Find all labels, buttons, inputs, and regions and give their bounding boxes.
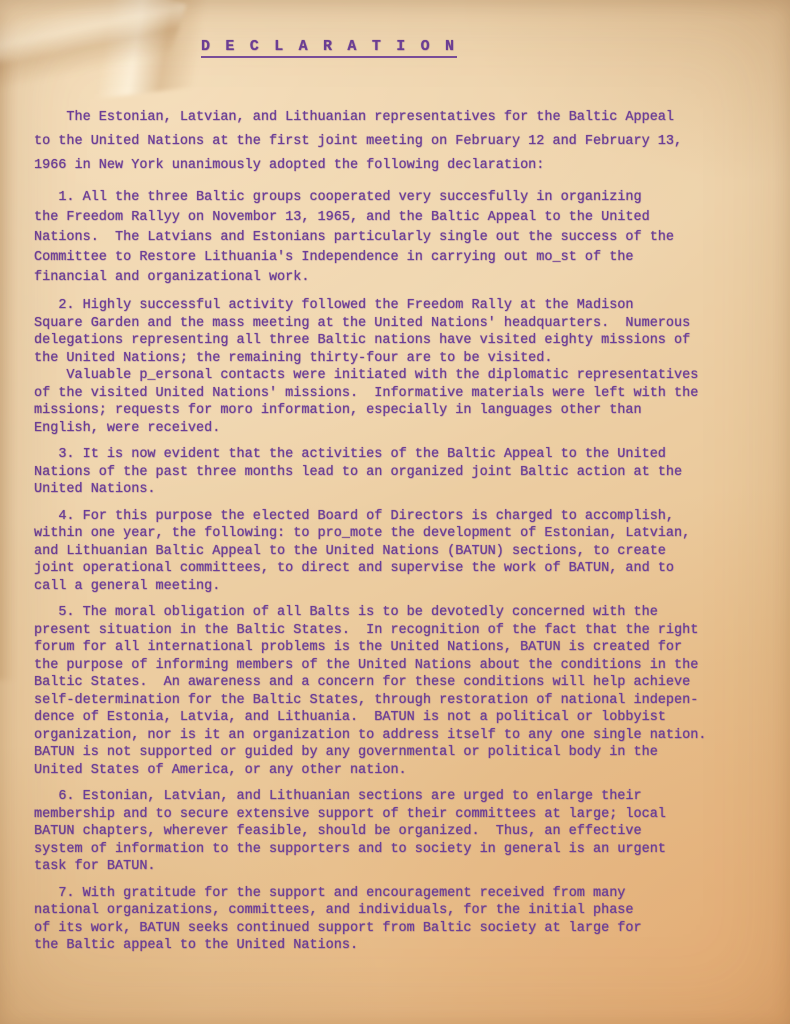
paragraph-3: 3. It is now evident that the activities… <box>34 446 766 499</box>
paragraph-7: 7. With gratitude for the support and en… <box>34 885 766 955</box>
intro-paragraph: The Estonian, Latvian, and Lithuanian re… <box>34 106 766 178</box>
paper-crease <box>0 60 18 680</box>
scanned-document-page: D E C L A R A T I O N The Estonian, Latv… <box>0 0 790 1024</box>
paragraph-4: 4. For this purpose the elected Board of… <box>34 508 766 596</box>
paragraph-2: 2. Highly successful activity followed t… <box>34 297 766 437</box>
paragraph-5: 5. The moral obligation of all Balts is … <box>34 604 766 779</box>
paragraph-6: 6. Estonian, Latvian, and Lithuanian sec… <box>34 788 766 876</box>
document-title: D E C L A R A T I O N <box>201 38 457 58</box>
document-body: D E C L A R A T I O N The Estonian, Latv… <box>34 30 766 964</box>
paragraph-1: 1. All the three Baltic groups cooperate… <box>34 188 766 288</box>
